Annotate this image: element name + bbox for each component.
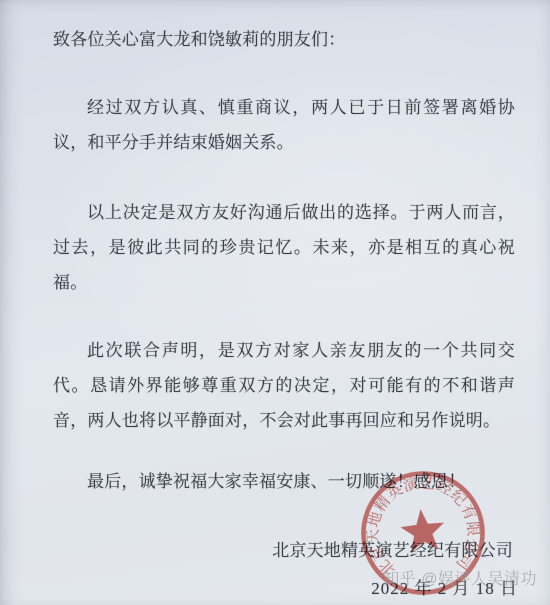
salutation-line: 致各位关心富大龙和饶敏莉的朋友们： xyxy=(53,22,515,57)
zhihu-watermark: 知乎 @娱评人吴清功 xyxy=(383,570,537,590)
body-paragraph: 此次联合声明，是双方对家人亲友朋友的一个共同交代。恳请外界能够尊重双方的决定，对… xyxy=(53,333,515,438)
body-paragraph: 以上决定是双方友好沟通后做出的选择。于两人而言，过去，是彼此共同的珍贵记忆。未来… xyxy=(53,195,515,300)
body-paragraph: 经过双方认真、慎重商议，两人已于日前签署离婚协议，和平分手并结束婚姻关系。 xyxy=(53,90,515,160)
seal-star-icon xyxy=(399,507,447,553)
